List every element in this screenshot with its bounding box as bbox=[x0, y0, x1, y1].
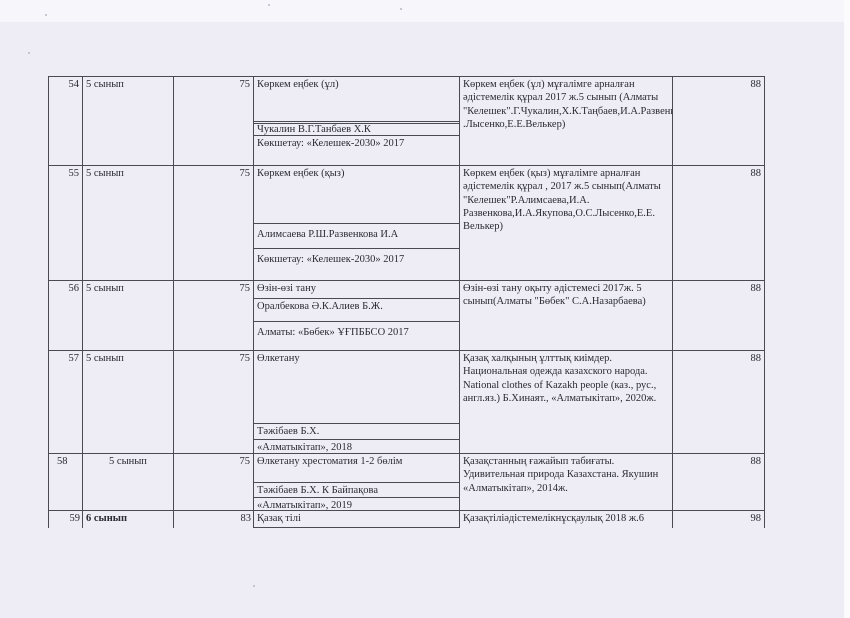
row-number: 54 bbox=[48, 76, 83, 166]
scan-speck bbox=[400, 8, 402, 10]
scan-margin-top bbox=[0, 0, 850, 22]
scan-speck bbox=[253, 585, 255, 587]
textbook-publisher: «Алматыкітап», 2018 bbox=[254, 439, 459, 453]
students-count: 75 bbox=[173, 453, 254, 511]
percent-cell: 88 bbox=[672, 280, 765, 351]
textbook-cell: Өлкетану Тәжібаев Б.Х. «Алматыкітап», 20… bbox=[253, 350, 460, 454]
textbook-authors: Чукалин В.Г.Танбаев Х.К bbox=[254, 121, 459, 135]
percent-cell: 88 bbox=[672, 165, 765, 281]
students-count: 75 bbox=[173, 350, 254, 454]
textbook-cell: Өзін-өзі тану Оралбекова Ә.К.Алиев Б.Ж. … bbox=[253, 280, 460, 351]
textbook-publisher: Көкшетау: «Келешек-2030» 2017 bbox=[254, 135, 459, 165]
textbook-cell: Көркем еңбек (қыз) Алимсаева Р.Ш.Развенк… bbox=[253, 165, 460, 281]
textbook-publisher: Алматы: «Бөбек» ҰҒПББСО 2017 bbox=[254, 321, 459, 350]
textbook-cell: Көркем еңбек (ұл) Чукалин В.Г.Танбаев Х.… bbox=[253, 76, 460, 166]
scan-speck bbox=[268, 4, 270, 6]
percent-cell: 88 bbox=[672, 76, 765, 166]
methodical-manual: Көркем еңбек (ұл) мұғалімге арналған әді… bbox=[459, 76, 673, 166]
methodical-manual: Көркем еңбек (қыз) мұғалімге арналған әд… bbox=[459, 165, 673, 281]
methodical-manual: Қазақтіліәдістемелікнұсқаулық 2018 ж.6 bbox=[459, 510, 673, 528]
methodical-manual: Қазақ халқының ұлттық киімдер. Националь… bbox=[459, 350, 673, 454]
textbook-title: Көркем еңбек (қыз) bbox=[254, 166, 459, 223]
textbook-publisher: «Алматыкітап», 2019 bbox=[254, 497, 459, 511]
textbook-title: Қазақ тілі bbox=[253, 510, 460, 528]
textbook-title: Өлкетану хрестоматия 1-2 бөлім bbox=[254, 454, 459, 482]
grade-cell: 6 сынып bbox=[82, 510, 174, 528]
students-count: 75 bbox=[173, 76, 254, 166]
textbook-title: Өлкетану bbox=[254, 351, 459, 423]
textbook-title: Көркем еңбек (ұл) bbox=[254, 77, 459, 123]
textbook-authors: Алимсаева Р.Ш.Развенкова И.А bbox=[254, 223, 459, 248]
textbook-publisher: Көкшетау: «Келешек-2030» 2017 bbox=[254, 248, 459, 280]
percent-cell: 88 bbox=[672, 453, 765, 511]
textbook-authors: Тәжібаев Б.Х. bbox=[254, 423, 459, 439]
row-number: 59 bbox=[48, 510, 83, 528]
scan-speck bbox=[45, 14, 47, 16]
grade-cell: 5 сынып bbox=[82, 165, 174, 281]
scan-margin-right bbox=[844, 0, 850, 618]
row-number: 57 bbox=[48, 350, 83, 454]
textbook-cell: Өлкетану хрестоматия 1-2 бөлім Тәжібаев … bbox=[253, 453, 460, 511]
row-number: 56 bbox=[48, 280, 83, 351]
students-count: 83 bbox=[173, 510, 254, 528]
methodical-manual: Қазақстанның ғажайып табиғаты. Удивитель… bbox=[459, 453, 673, 511]
scan-speck bbox=[28, 52, 30, 54]
methodical-manual: Өзін-өзі тану оқыту әдістемесі 2017ж. 5 … bbox=[459, 280, 673, 351]
percent-cell: 88 bbox=[672, 350, 765, 454]
grade-cell: 5 сынып bbox=[82, 453, 174, 511]
grade-cell: 5 сынып bbox=[82, 280, 174, 351]
row-number: 58 bbox=[48, 453, 83, 511]
textbook-title: Өзін-өзі тану bbox=[254, 281, 459, 298]
textbook-authors: Оралбекова Ә.К.Алиев Б.Ж. bbox=[254, 298, 459, 321]
row-number: 55 bbox=[48, 165, 83, 281]
students-count: 75 bbox=[173, 165, 254, 281]
percent-cell: 98 bbox=[672, 510, 765, 528]
grade-cell: 5 сынып bbox=[82, 76, 174, 166]
textbook-authors: Тәжібаев Б.Х. К Байпақова bbox=[254, 482, 459, 497]
students-count: 75 bbox=[173, 280, 254, 351]
grade-cell: 5 сынып bbox=[82, 350, 174, 454]
